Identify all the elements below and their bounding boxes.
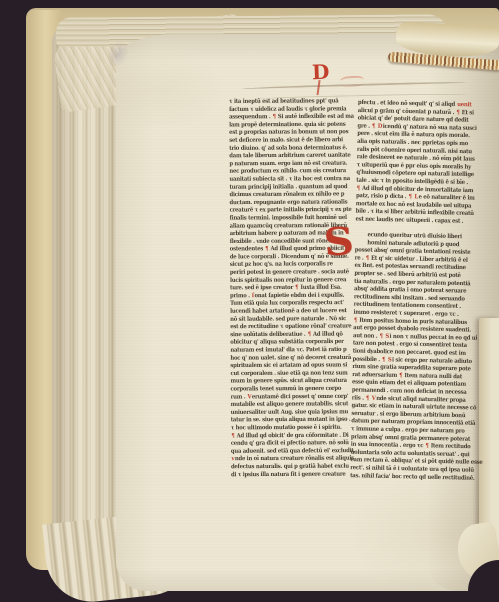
rubricated-text: S bbox=[387, 356, 392, 363]
paragraph-1: pfectu . et ideo nō sequit' q' si aliqd … bbox=[355, 99, 495, 226]
text-lines-right: pfectu . et ideo nō sequit' q' si aliqd … bbox=[350, 99, 495, 483]
pilcrow-mark: ¶ bbox=[307, 331, 311, 338]
rubricated-text: V bbox=[247, 393, 252, 400]
pilcrow-mark: ¶ bbox=[295, 284, 299, 291]
pilcrow-mark: ¶ bbox=[408, 193, 412, 200]
rubricated-text: uenit bbox=[457, 101, 473, 108]
pilcrow-mark: ¶ bbox=[425, 442, 429, 449]
pilcrow-mark: ¶ bbox=[399, 372, 403, 379]
rubricated-text: D bbox=[377, 123, 383, 130]
pilcrow-mark: ¶ bbox=[371, 123, 375, 130]
pilcrow-mark: ¶ bbox=[381, 356, 385, 363]
text-line: assequendum . ¶ Si autē inflexibile est … bbox=[229, 113, 366, 121]
pilcrow-mark: ¶ bbox=[365, 255, 369, 262]
text-line: periri potest in genere creature . socia… bbox=[230, 268, 367, 276]
pilcrow-mark: ¶ bbox=[265, 245, 269, 252]
pilcrow-mark: ¶ bbox=[356, 184, 360, 191]
pilcrow-mark: ¶ bbox=[365, 394, 369, 401]
rubricated-text: ſ bbox=[251, 292, 254, 299]
text-line: defectus naturalis. qui p gratiā habet e… bbox=[231, 462, 368, 470]
text-column-right: pfectu . et ideo nō sequit' q' si aliqd … bbox=[350, 99, 496, 490]
text-line: est de rectitudine τ opatione rōnal' cre… bbox=[230, 323, 367, 331]
red-quire-mark: D bbox=[312, 62, 330, 83]
pilcrow-mark: ¶ bbox=[456, 109, 460, 116]
rubricated-text: L bbox=[414, 193, 419, 200]
rubricated-text: S bbox=[385, 333, 390, 340]
pilcrow-mark: ¶ bbox=[231, 432, 235, 439]
pilcrow-mark: ¶ bbox=[379, 333, 383, 340]
pilcrow-mark: ¶ bbox=[272, 113, 276, 120]
text-lines-left: τ ita ineptū est ad beatitudines ppt' qu… bbox=[229, 97, 368, 478]
pilcrow-mark: ¶ bbox=[353, 317, 357, 324]
text-line: di τ ipsius illa natura fit i genere cre… bbox=[231, 470, 368, 478]
book-photo: D τ ita ineptū est ad beatitudines ppt' … bbox=[0, 0, 499, 602]
text-column-left: τ ita ineptū est ad beatitudines ppt' qu… bbox=[229, 97, 359, 486]
rubricated-text: V bbox=[371, 395, 376, 402]
rubricated-initial: S bbox=[323, 225, 355, 259]
paragraph-2: ecundo queritur utrū diuisio liberihomin… bbox=[350, 231, 492, 482]
rubricated-text: v bbox=[231, 455, 235, 462]
